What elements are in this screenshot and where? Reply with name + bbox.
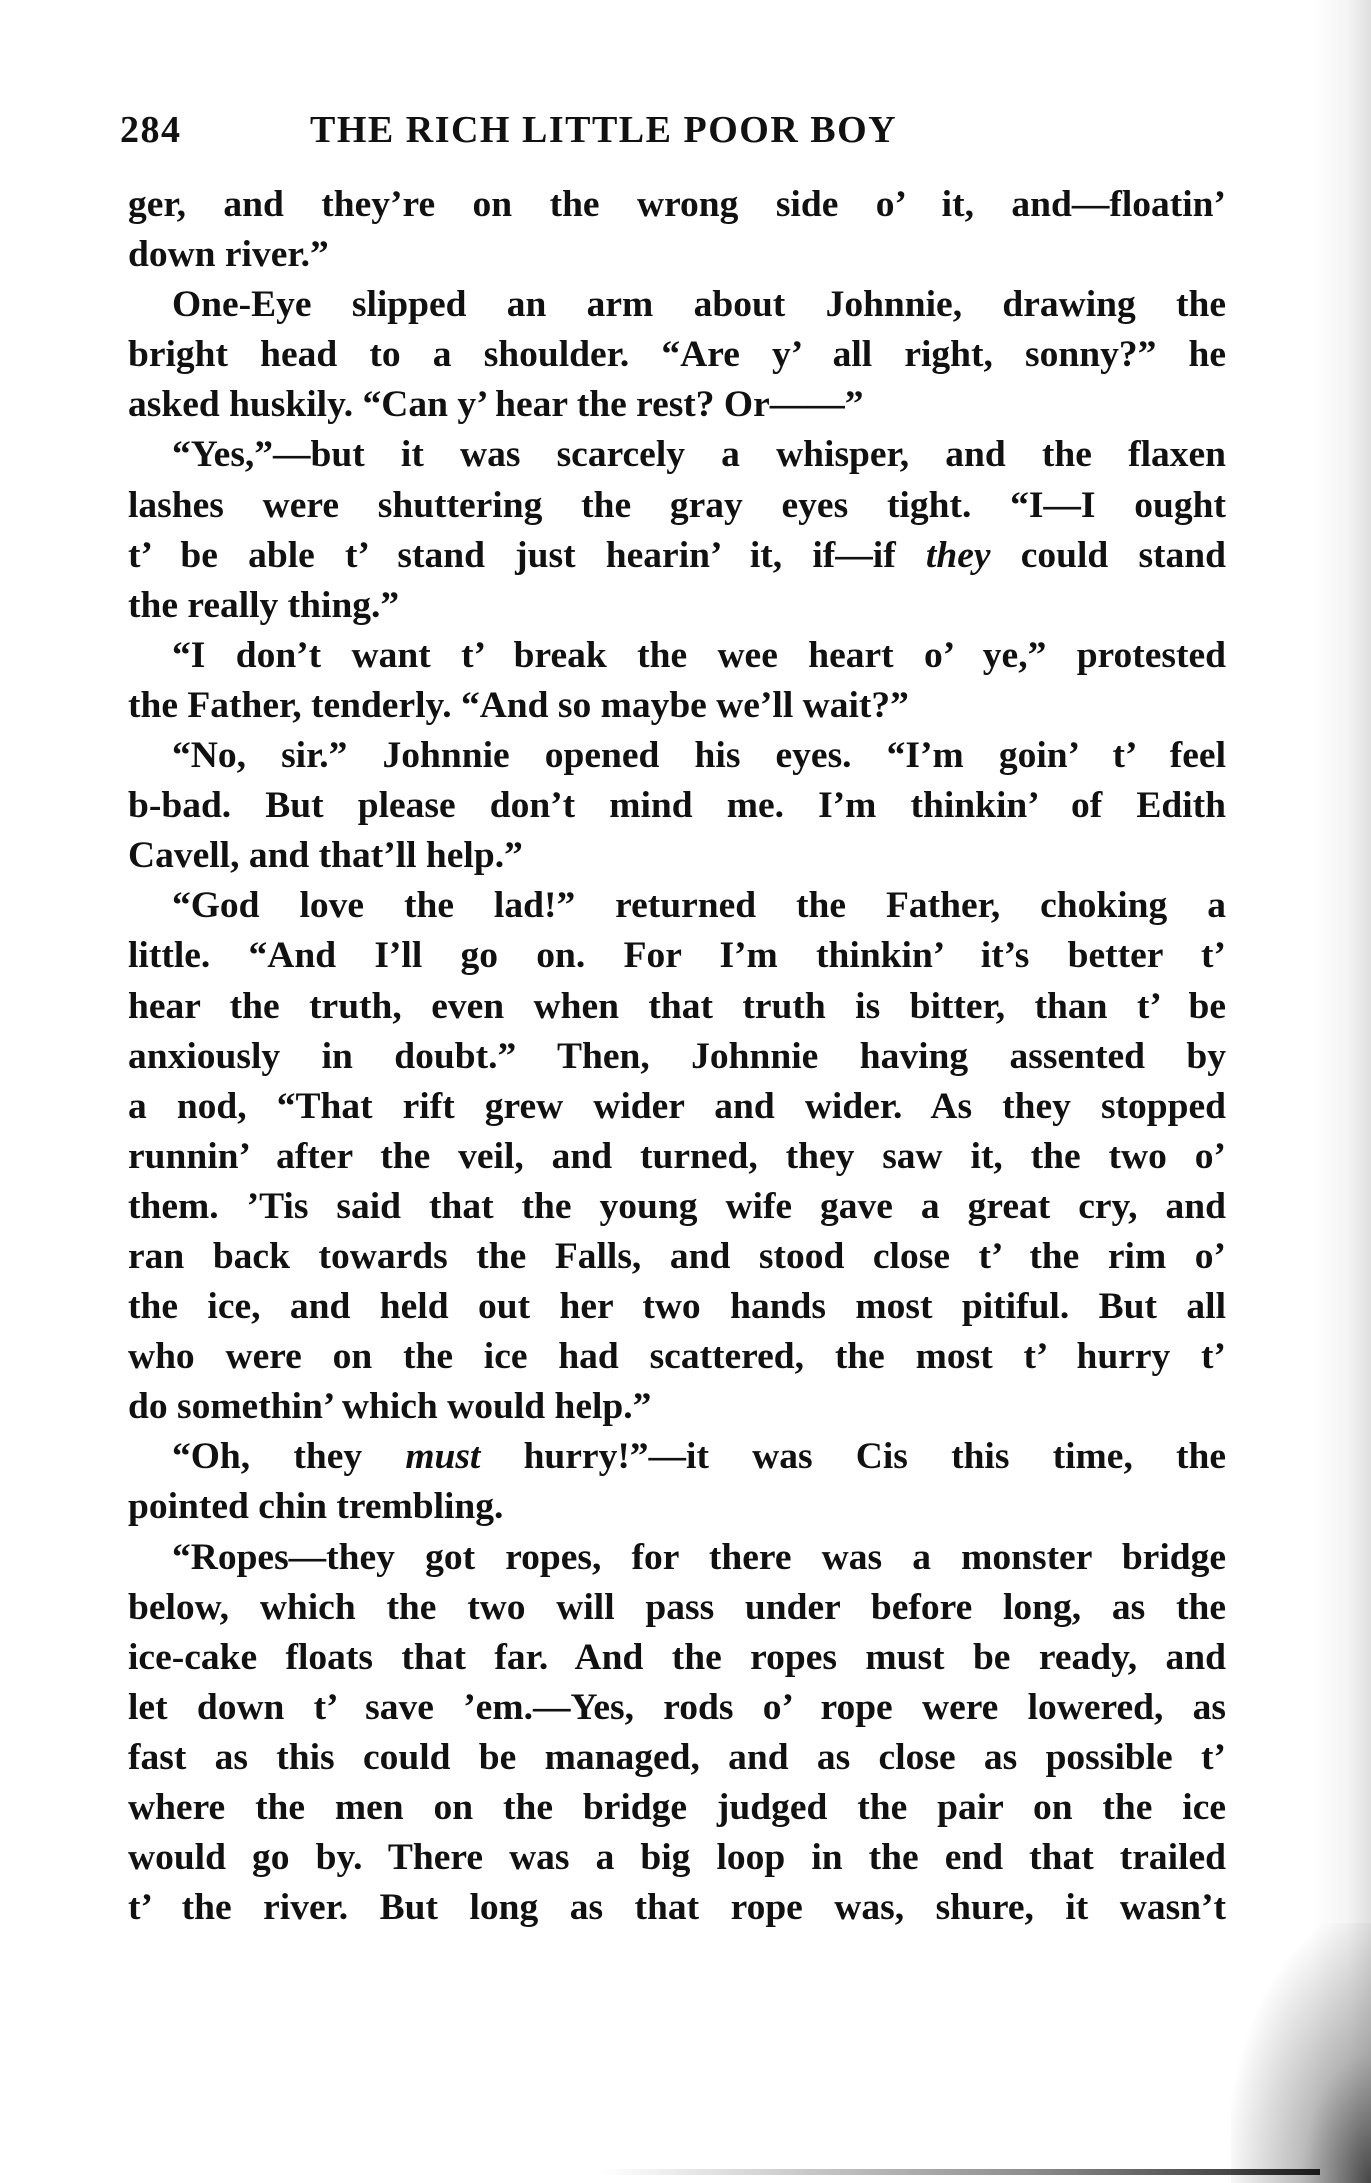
text-line: down river.” [128,230,1226,280]
text-line: “No, sir.” Johnnie opened his eyes. “I’m… [128,731,1226,781]
text-line: fast as this could be managed, and as cl… [128,1733,1226,1783]
text-line: “God love the lad!” returned the Father,… [128,881,1226,931]
text-line: hear the truth, even when that truth is … [128,982,1226,1032]
text-line: little. “And I’ll go on. For I’m thinkin… [128,931,1226,981]
text-line: let down t’ save ’em.—Yes, rods o’ rope … [128,1683,1226,1733]
text-line: below, which the two will pass under bef… [128,1583,1226,1633]
text-line: them. ’Tis said that the young wife gave… [128,1182,1226,1232]
text-line: runnin’ after the veil, and turned, they… [128,1132,1226,1182]
text-line: lashes were shuttering the gray eyes tig… [128,481,1226,531]
text-line: “Ropes—they got ropes, for there was a m… [128,1533,1226,1583]
text-line: t’ the river. But long as that rope was,… [128,1883,1226,1933]
page-corner-shadow [1231,1923,1371,2183]
page-bottom-edge [600,2169,1320,2175]
text-line: Cavell, and that’ll help.” [128,831,1226,881]
text-line: b-bad. But please don’t mind me. I’m thi… [128,781,1226,831]
text-line: t’ be able t’ stand just hearin’ it, if—… [128,531,1226,581]
text-line: pointed chin trembling. [128,1482,1226,1532]
text-line: the ice, and held out her two hands most… [128,1282,1226,1332]
text-line: ice-cake floats that far. And the ropes … [128,1633,1226,1683]
text-span: t’ be able t’ stand just hearin’ it, if—… [128,535,926,576]
text-line: who were on the ice had scattered, the m… [128,1332,1226,1382]
text-line: anxiously in doubt.” Then, Johnnie havin… [128,1032,1226,1082]
text-line: a nod, “That rift grew wider and wider. … [128,1082,1226,1132]
running-title: THE RICH LITTLE POOR BOY [310,108,897,152]
text-line: the really thing.” [128,581,1226,631]
page-number: 284 [120,108,182,152]
text-span: hurry!”—it was Cis this time, the [480,1436,1226,1477]
text-line: asked huskily. “Can y’ hear the rest? Or… [128,380,1226,430]
text-span: “Oh, they [172,1436,405,1477]
text-span: could stand [991,535,1227,576]
text-line: One-Eye slipped an arm about Johnnie, dr… [128,280,1226,330]
text-line: “Yes,”—but it was scarcely a whisper, an… [128,430,1226,480]
text-line: “I don’t want t’ break the wee heart o’ … [128,631,1226,681]
text-line: ger, and they’re on the wrong side o’ it… [128,180,1226,230]
italic-emphasis: must [405,1436,480,1477]
book-page: 284 THE RICH LITTLE POOR BOY ger, and th… [0,0,1371,2183]
text-line: would go by. There was a big loop in the… [128,1833,1226,1883]
text-line: “Oh, they must hurry!”—it was Cis this t… [128,1432,1226,1482]
text-line: ran back towards the Falls, and stood cl… [128,1232,1226,1282]
text-line: bright head to a shoulder. “Are y’ all r… [128,330,1226,380]
italic-emphasis: they [926,535,991,576]
text-line: do somethin’ which would help.” [128,1382,1226,1432]
page-edge-shadow [1311,0,1371,2183]
text-line: the Father, tenderly. “And so maybe we’l… [128,681,1226,731]
text-line: where the men on the bridge judged the p… [128,1783,1226,1833]
body-text: ger, and they’re on the wrong side o’ it… [128,180,1226,1933]
running-head: 284 THE RICH LITTLE POOR BOY [120,108,1230,152]
